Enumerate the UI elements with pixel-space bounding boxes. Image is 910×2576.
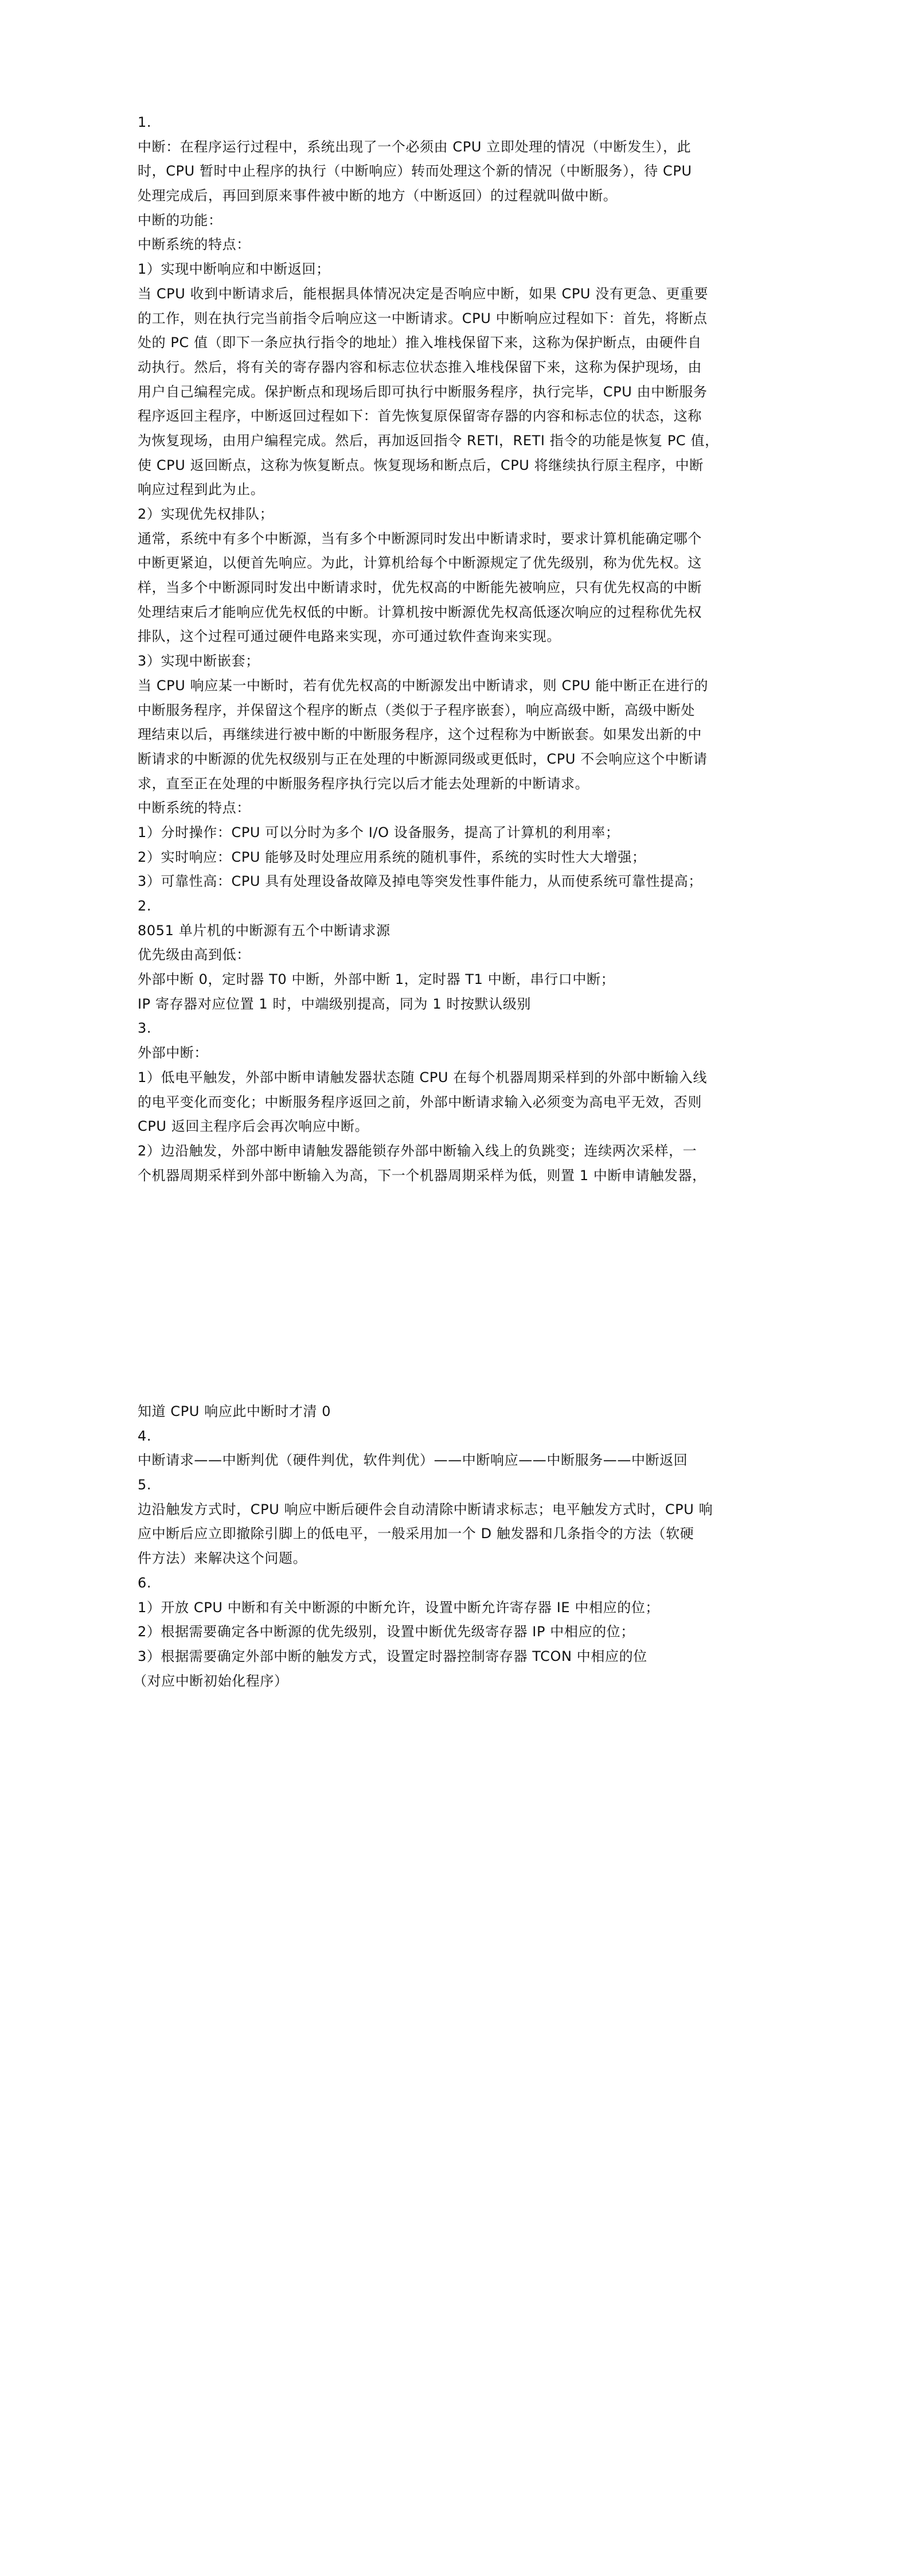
paragraph-line: 当 CPU 收到中断请求后，能根据具体情况决定是否响应中断，如果 CPU 没有更…: [138, 282, 774, 306]
section-number: 2.: [138, 894, 774, 919]
definition-line: 中断：在程序运行过程中，系统出现了一个必须由 CPU 立即处理的情况（中断发生）…: [138, 135, 774, 159]
section-number: 3.: [138, 1016, 774, 1041]
feature-item: 3）可靠性高：CPU 具有处理设备故障及掉电等突发性事件能力，从而使系统可靠性提…: [138, 869, 774, 894]
paragraph-line: CPU 返回主程序后会再次响应中断。: [138, 1114, 774, 1139]
feature-item: 1）分时操作：CPU 可以分时为多个 I/O 设备服务，提高了计算机的利用率；: [138, 820, 774, 845]
paragraph-line: 边沿触发方式时，CPU 响应中断后硬件会自动清除中断请求标志；电平触发方式时，C…: [138, 1497, 774, 1522]
features-heading: 中断系统的特点：: [138, 796, 774, 820]
paragraph-line: 中断更紧迫，以便首先响应。为此，计算机给每个中断源规定了优先级别，称为优先权。这: [138, 551, 774, 575]
function-heading: 中断的功能：: [138, 208, 774, 233]
definition-line: 处理完成后，再回到原来事件被中断的地方（中断返回）的过程就叫做中断。: [138, 184, 774, 208]
paragraph-line: 通常，系统中有多个中断源，当有多个中断源同时发出中断请求时，要求计算机能确定哪个: [138, 527, 774, 551]
paragraph-line: 求，直至正在处理的中断服务程序执行完以后才能去处理新的中断请求。: [138, 772, 774, 796]
paragraph-line: 样，当多个中断源同时发出中断请求时，优先权高的中断能先被响应，只有优先权高的中断: [138, 575, 774, 600]
paragraph-line: 1）低电平触发，外部中断申请触发器状态随 CPU 在每个机器周期采样到的外部中断…: [138, 1065, 774, 1090]
paragraph-line: IP 寄存器对应位置 1 时，中端级别提高，同为 1 时按默认级别: [138, 992, 774, 1017]
paragraph-line: 排队，这个过程可通过硬件电路来实现，亦可通过软件查询来实现。: [138, 624, 774, 649]
paragraph-line: 程序返回主程序，中断返回过程如下：首先恢复原保留寄存器的内容和标志位的状态，这称: [138, 404, 774, 429]
paragraph-line: 中断服务程序，并保留这个程序的断点（类似于子程序嵌套），响应高级中断，高级中断处: [138, 698, 774, 723]
section-number: 6.: [138, 1571, 774, 1596]
step-item: 1）开放 CPU 中断和有关中断源的中断允许，设置中断允许寄存器 IE 中相应的…: [138, 1596, 774, 1620]
section-number: 4.: [138, 1424, 774, 1449]
paragraph-line: 动执行。然后，将有关的寄存器内容和标志位状态推入堆栈保留下来，这称为保护现场，由: [138, 355, 774, 380]
paragraph-line: 为恢复现场，由用户编程完成。然后，再加返回指令 RETI，RETI 指令的功能是…: [138, 429, 774, 453]
paragraph-line: 知道 CPU 响应此中断时才清 0: [138, 1399, 774, 1424]
paragraph-line: 响应过程到此为止。: [138, 477, 774, 502]
paragraph-line: 应中断后应立即撤除引脚上的低电平，一般采用加一个 D 触发器和几条指令的方法（软…: [138, 1522, 774, 1546]
features-heading: 中断系统的特点：: [138, 232, 774, 257]
paragraph-line: 理结束以后，再继续进行被中断的中断服务程序，这个过程称为中断嵌套。如果发出新的中: [138, 722, 774, 747]
feature-item: 2）实时响应：CPU 能够及时处理应用系统的随机事件，系统的实时性大大增强；: [138, 845, 774, 870]
paragraph-line: 用户自己编程完成。保护断点和现场后即可执行中断服务程序，执行完毕，CPU 由中断…: [138, 380, 774, 404]
section-number: 1.: [138, 110, 774, 135]
section-heading: 外部中断：: [138, 1041, 774, 1065]
paragraph-line: 个机器周期采样到外部中断输入为高，下一个机器周期采样为低，则置 1 中断申请触发…: [138, 1164, 774, 1188]
document-body-part-2: 知道 CPU 响应此中断时才清 0 4. 中断请求——中断判优（硬件判优，软件判…: [138, 1399, 774, 1693]
flow-line: 中断请求——中断判优（硬件判优，软件判优）——中断响应——中断服务——中断返回: [138, 1448, 774, 1473]
document-body-part-1: 1. 中断：在程序运行过程中，系统出现了一个必须由 CPU 立即处理的情况（中断…: [138, 110, 774, 1188]
note-line: （对应中断初始化程序）: [133, 1669, 774, 1694]
item-title: 1）实现中断响应和中断返回；: [138, 257, 774, 282]
step-item: 3）根据需要确定外部中断的触发方式，设置定时器控制寄存器 TCON 中相应的位: [138, 1644, 774, 1669]
definition-line: 时，CPU 暂时中止程序的执行（中断响应）转而处理这个新的情况（中断服务），待 …: [138, 159, 774, 184]
paragraph-line: 处理结束后才能响应优先权低的中断。计算机按中断源优先权高低逐次响应的过程称优先权: [138, 600, 774, 625]
item-title: 2）实现优先权排队；: [138, 502, 774, 527]
paragraph-line: 8051 单片机的中断源有五个中断请求源: [138, 919, 774, 943]
paragraph-line: 外部中断 0，定时器 T0 中断，外部中断 1，定时器 T1 中断，串行口中断；: [138, 967, 774, 992]
step-item: 2）根据需要确定各中断源的优先级别，设置中断优先级寄存器 IP 中相应的位；: [138, 1620, 774, 1644]
paragraph-line: 断请求的中断源的优先权级别与正在处理的中断源同级或更低时，CPU 不会响应这个中…: [138, 747, 774, 772]
paragraph-line: 使 CPU 返回断点，这称为恢复断点。恢复现场和断点后，CPU 将继续执行原主程…: [138, 453, 774, 478]
paragraph-line: 的电平变化而变化；中断服务程序返回之前，外部中断请求输入必须变为高电平无效，否则: [138, 1090, 774, 1115]
item-title: 3）实现中断嵌套；: [138, 649, 774, 674]
paragraph-line: 的工作，则在执行完当前指令后响应这一中断请求。CPU 中断响应过程如下：首先，将…: [138, 306, 774, 331]
paragraph-line: 2）边沿触发，外部中断申请触发器能锁存外部中断输入线上的负跳变；连续两次采样，一: [138, 1139, 774, 1164]
paragraph-line: 件方法）来解决这个问题。: [138, 1546, 774, 1571]
section-number: 5.: [138, 1473, 774, 1497]
paragraph-line: 处的 PC 值（即下一条应执行指令的地址）推入堆栈保留下来，这称为保护断点，由硬…: [138, 330, 774, 355]
paragraph-line: 当 CPU 响应某一中断时，若有优先权高的中断源发出中断请求，则 CPU 能中断…: [138, 674, 774, 698]
paragraph-line: 优先级由高到低：: [138, 943, 774, 967]
